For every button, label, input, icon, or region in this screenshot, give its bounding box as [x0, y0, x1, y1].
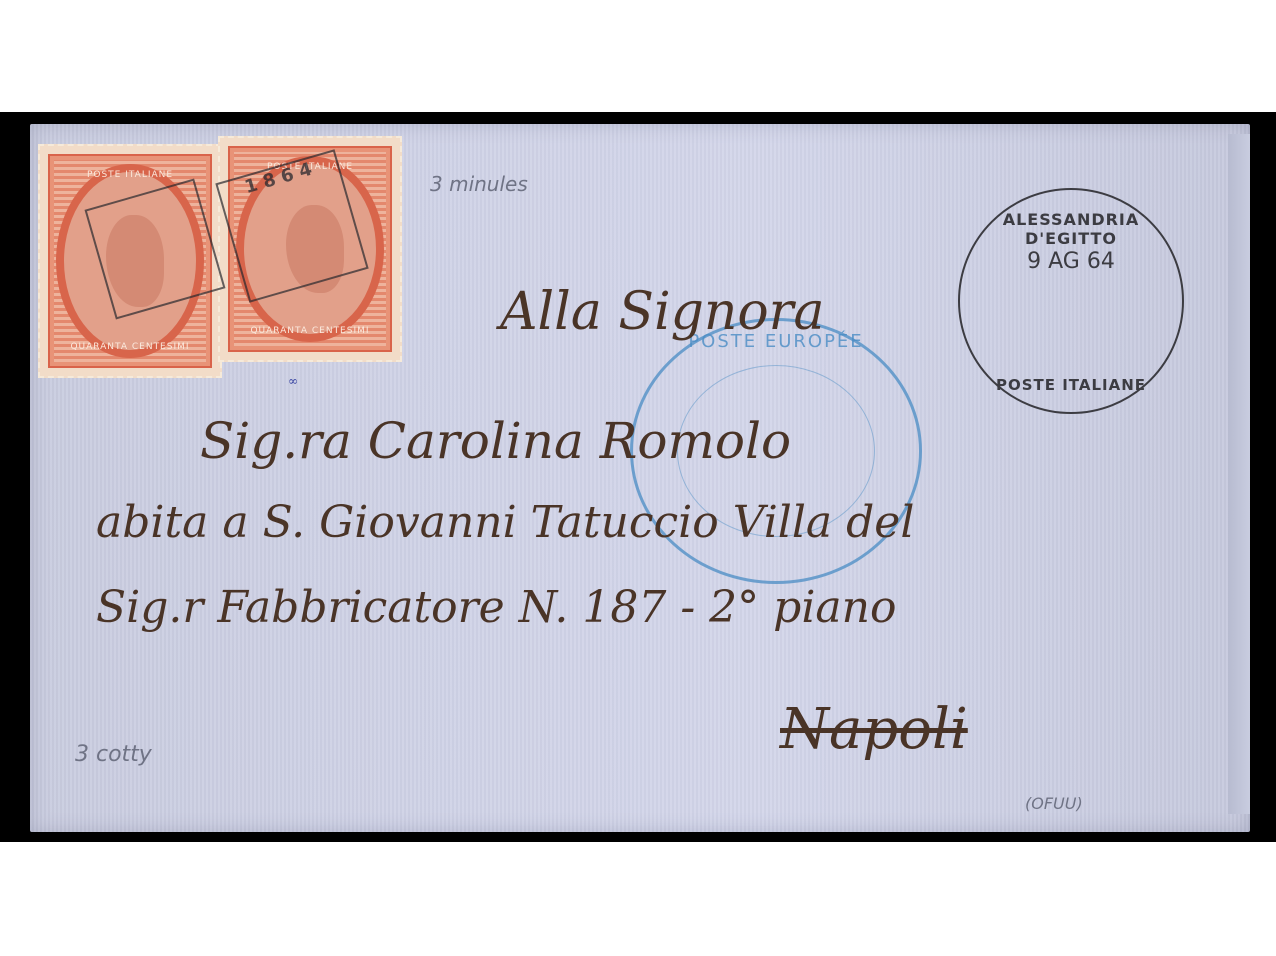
- address-line-4: Sig.r Fabbricatore N. 187 - 2° piano: [96, 582, 896, 633]
- ink-mark: ∞: [288, 374, 298, 388]
- folded-edge: [1228, 134, 1250, 814]
- address-line-1: Alla Signora: [500, 282, 825, 342]
- stamp-bottom-text: QUARANTA CENTESIMI: [220, 326, 400, 336]
- round-postmark: ALESSANDRIA D'EGITTO 9 AG 64 POSTE ITALI…: [958, 188, 1184, 414]
- address-line-5: Napoli: [780, 697, 968, 762]
- address-line-2: Sig.ra Carolina Romolo: [200, 412, 791, 470]
- pencil-note-top: 3 minules: [430, 172, 528, 196]
- pencil-note-bottom-right: (OFUU): [1025, 794, 1083, 813]
- address-line-3: abita a S. Giovanni Tatuccio Villa del: [96, 497, 914, 548]
- stamp-bottom-text: QUARANTA CENTESIMI: [40, 342, 220, 352]
- postal-cover-photo: POSTE ITALIANE QUARANTA CENTESIMI POSTE …: [0, 112, 1276, 842]
- pencil-note-bottom-left: 3 cotty: [75, 742, 152, 767]
